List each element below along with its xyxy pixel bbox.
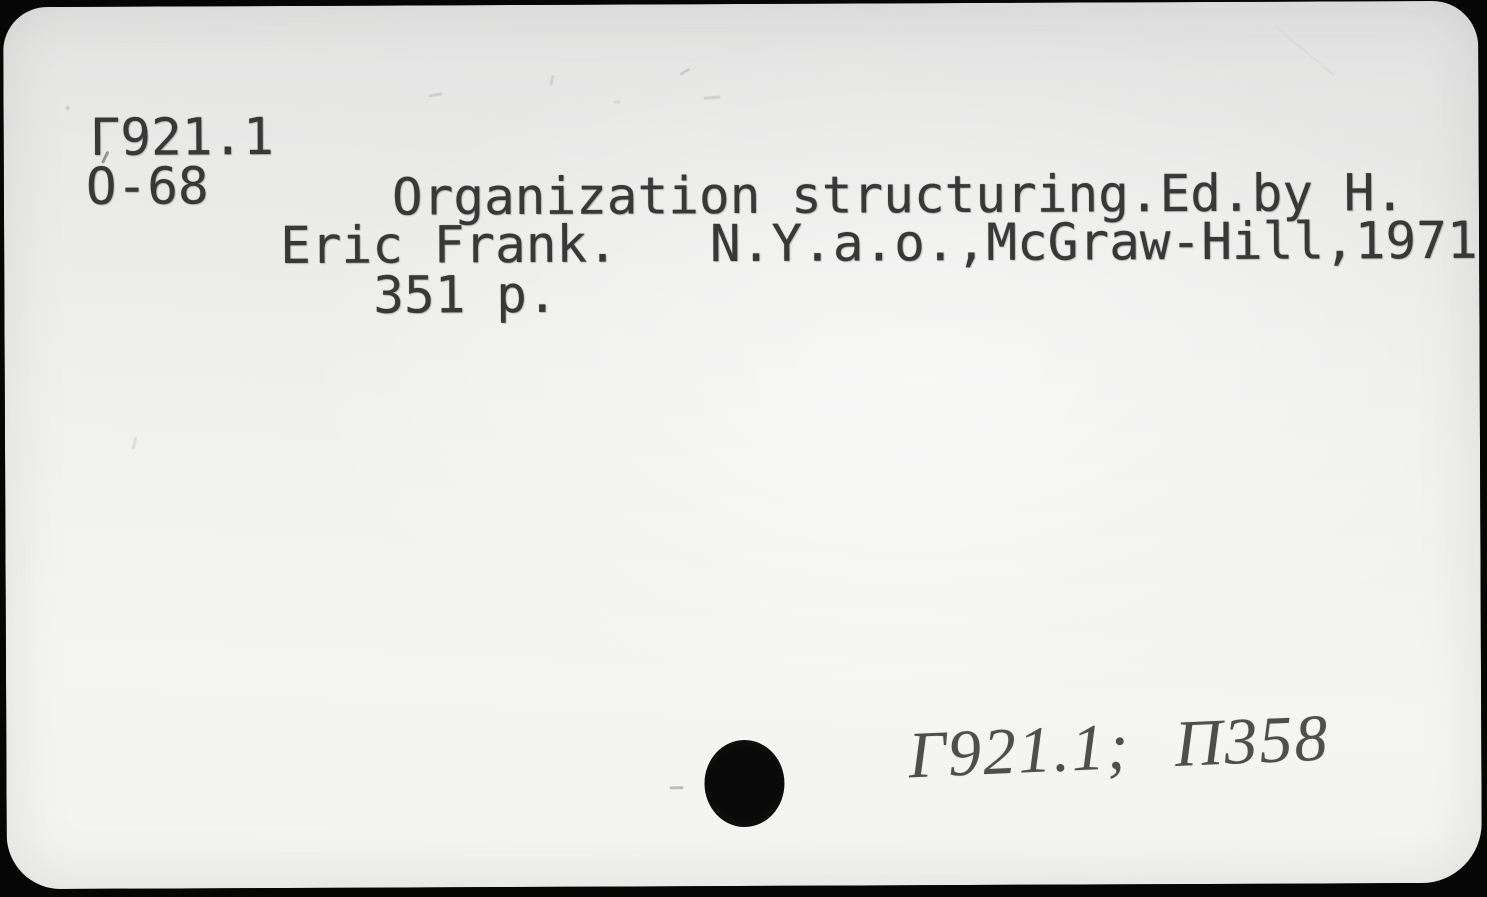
pencil-smudge: [428, 92, 442, 97]
scan-scratch: [1274, 25, 1335, 76]
pencil-smudge: [66, 106, 70, 110]
catalog-card: Г921.1 О-68 Organization structuring.Ed.…: [3, 1, 1482, 889]
ink-dot-stamp: [704, 740, 784, 827]
scan-artifact: [132, 436, 138, 449]
pencil-smudge: [669, 786, 683, 789]
pencil-smudge: [703, 95, 720, 100]
imprint-line: Eric Frank. N.Y.a.o.,McGraw-Hill,1971: [280, 216, 1478, 272]
pencil-smudge: [679, 68, 690, 76]
handwritten-call-number: Г921.1; П358: [907, 705, 1331, 789]
author-cutter: О-68: [86, 161, 209, 213]
collation-line: 351 p.: [373, 270, 557, 322]
call-number: Г921.1: [90, 112, 274, 164]
pencil-smudge: [613, 101, 620, 104]
pencil-smudge: [549, 75, 555, 86]
catalog-card-scan: Г921.1 О-68 Organization structuring.Ed.…: [0, 0, 1487, 897]
